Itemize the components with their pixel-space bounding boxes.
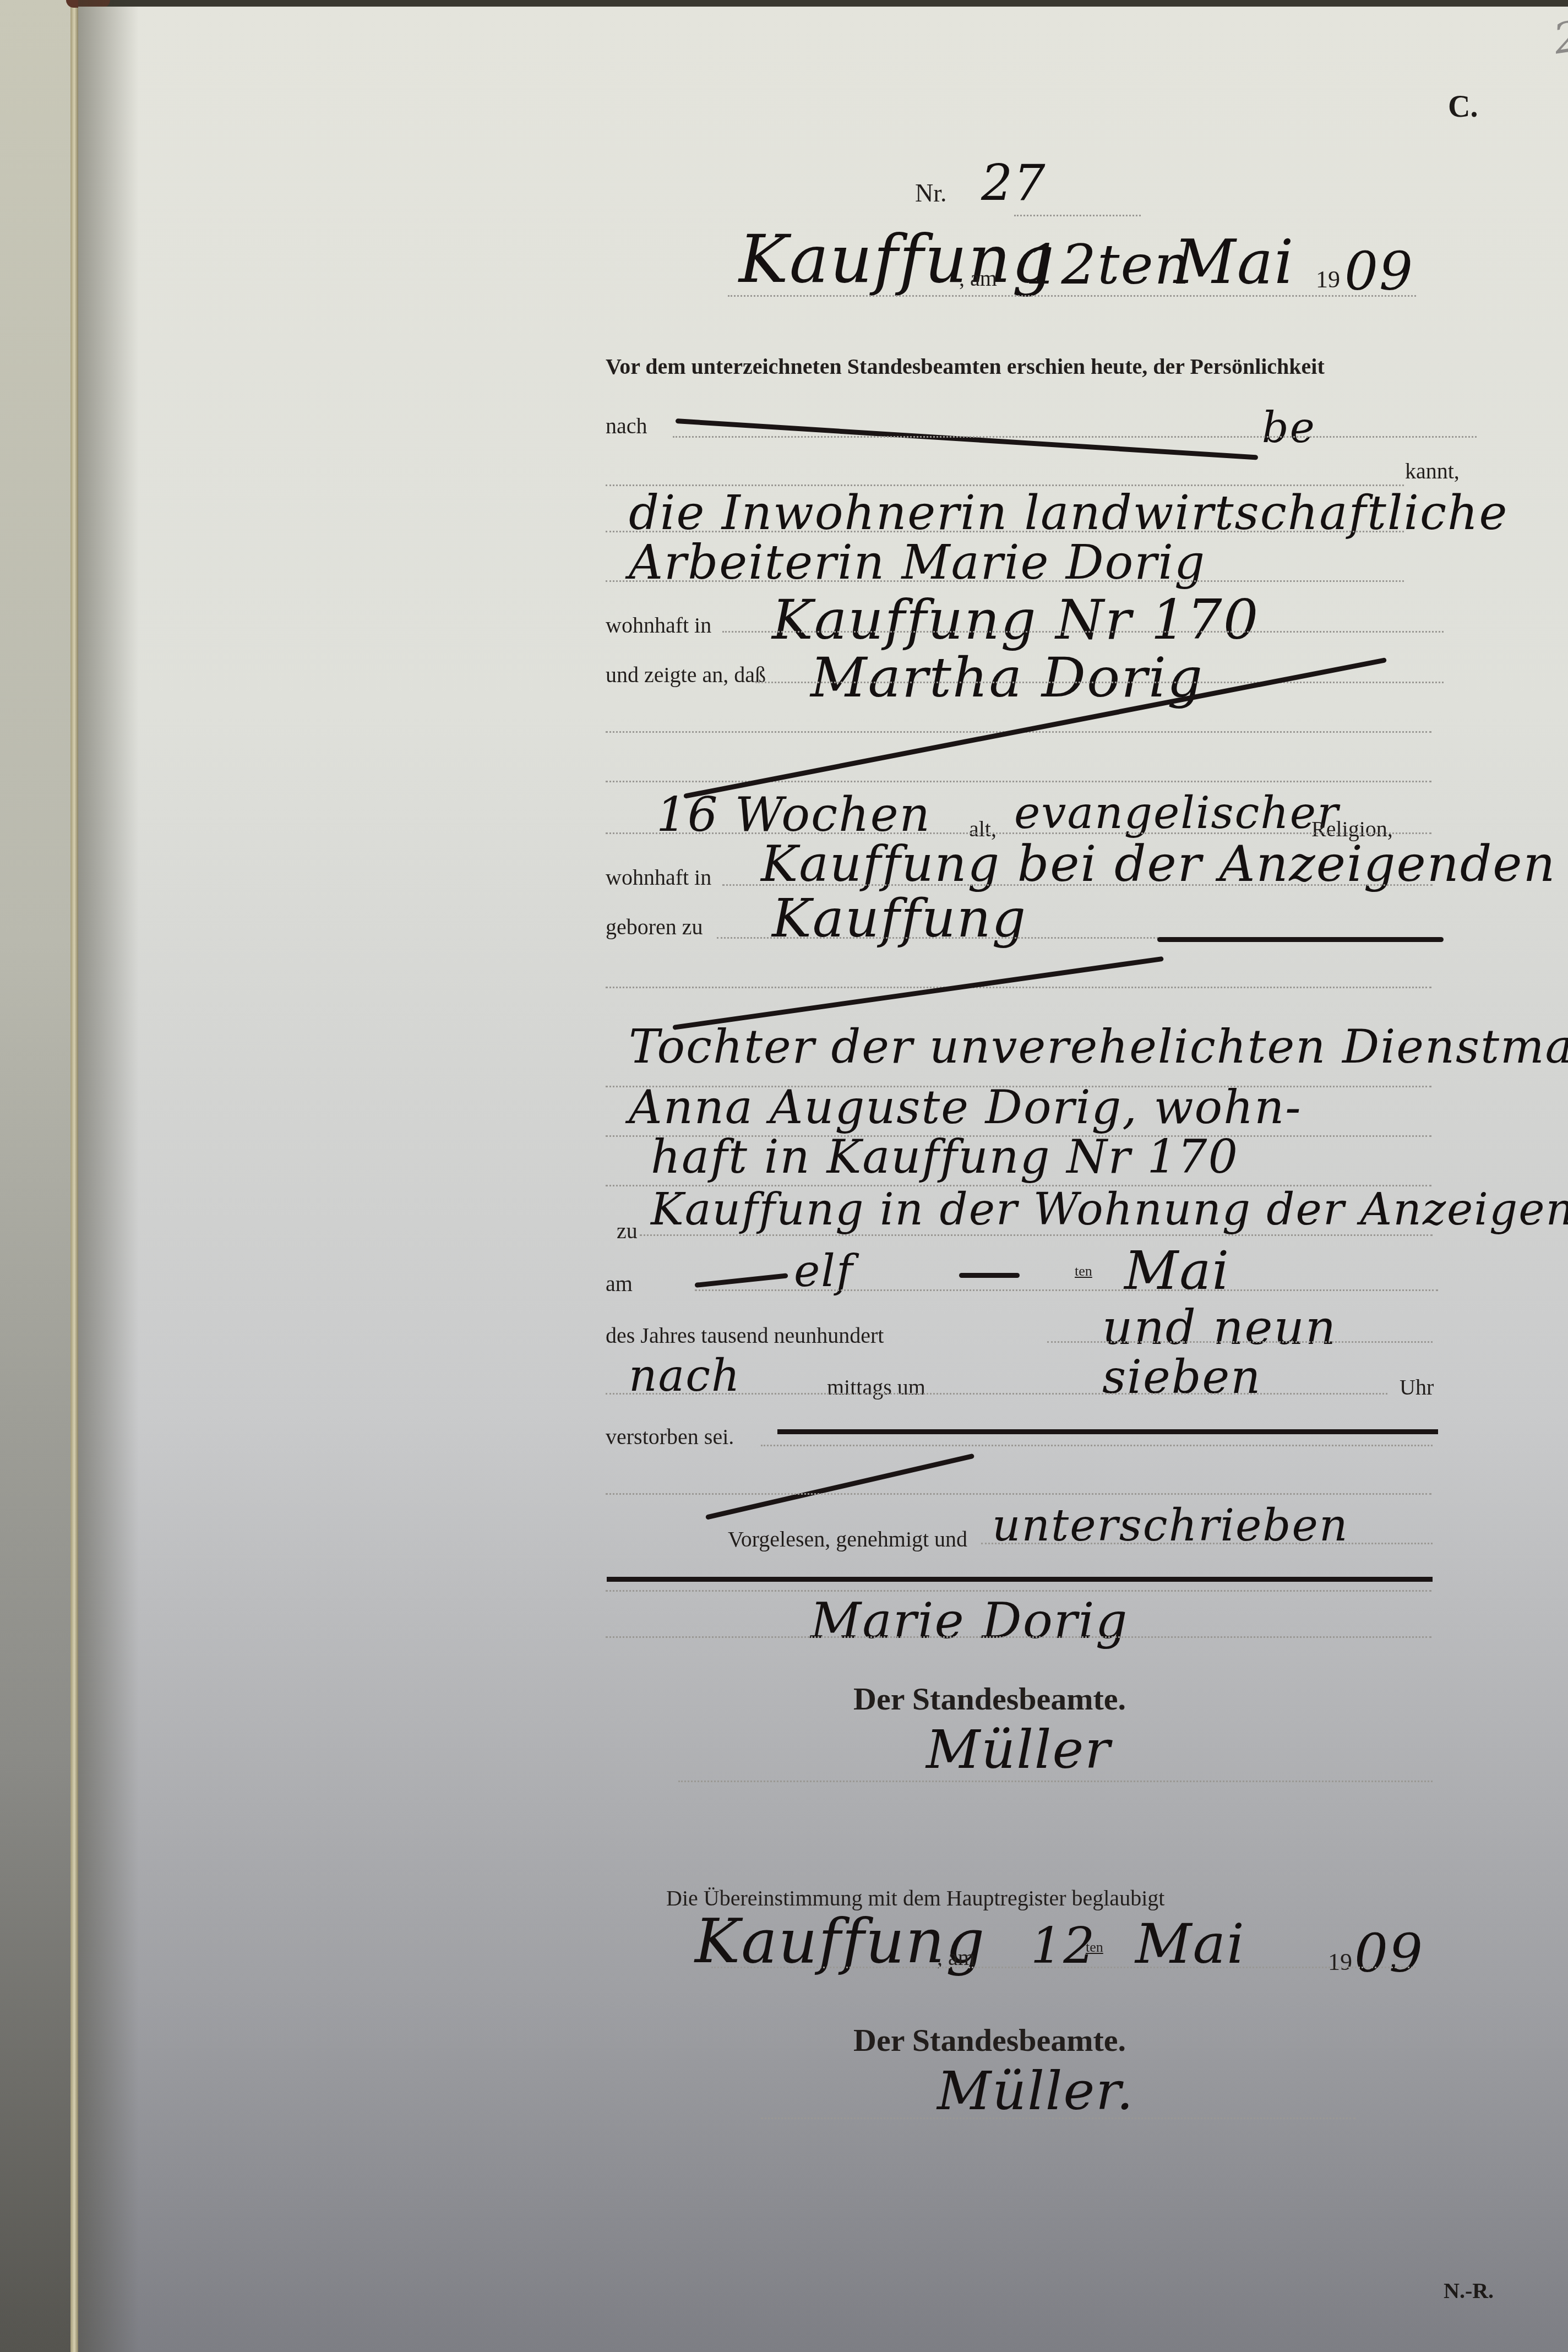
dotted-line [678, 1781, 1433, 1782]
dotted-line [755, 682, 1444, 683]
nr-label: Nr. [915, 178, 947, 208]
cancellation-stroke [676, 418, 1258, 460]
dotted-line [722, 884, 1433, 886]
page-number: 29 [1550, 8, 1568, 64]
form-code: C. [1448, 89, 1478, 124]
intro-line: Vor dem unterzeichneten Standesbeamten e… [606, 353, 1325, 379]
death-year-words: und neun [1102, 1300, 1337, 1355]
dotted-line [606, 1393, 1387, 1395]
dotted-line [1014, 215, 1141, 216]
certification-year-prefix: 19 [1328, 1948, 1352, 1976]
header-day: 12ten [1025, 232, 1191, 297]
deceased-religion: evangelischer [1014, 787, 1339, 839]
parents-line-3: haft in Kauffung Nr 170 [651, 1130, 1239, 1184]
certification-year-suffix: 09 [1354, 1923, 1424, 1984]
dotted-line [761, 2117, 1355, 2119]
announce-label: und zeigte an, daß [606, 662, 766, 688]
cancellation-stroke [705, 1453, 974, 1520]
dotted-line [606, 1493, 1431, 1495]
informant-line-1: die Inwohnerin landwirtschaftliche [629, 486, 1508, 541]
death-place-zu-label: zu [617, 1218, 638, 1244]
certification-day-suffix: ten [1086, 1939, 1103, 1956]
header-place: Kauffung [739, 221, 1055, 298]
death-month: Mai [1124, 1240, 1230, 1302]
dotted-line [606, 1636, 1431, 1638]
dotted-line [606, 531, 1404, 532]
nach-label: nach [606, 413, 647, 439]
dotted-line [722, 631, 1444, 633]
header-month: Mai [1174, 227, 1294, 297]
dotted-line [606, 580, 1404, 582]
informant-signature: Marie Dorig [810, 1592, 1128, 1650]
uhr-label: Uhr [1400, 1374, 1434, 1400]
dotted-line [695, 1289, 1438, 1291]
book-gutter [70, 0, 78, 2352]
official-title: Der Standesbeamte. [853, 1680, 1126, 1717]
official-signature: Müller [926, 1719, 1111, 1781]
informant-residence-label: wohnhaft in [606, 612, 711, 638]
header-year-suffix: 09 [1344, 241, 1414, 302]
cancellation-stroke [1157, 937, 1444, 942]
register-page: 29 C. Nr. 27 Kauffung , am 12ten Mai 19 … [78, 7, 1568, 2352]
approval-label: Vorgelesen, genehmigt und [728, 1526, 967, 1552]
death-hour: sieben [1102, 1350, 1261, 1404]
facing-page-edge [0, 0, 74, 2352]
mittags-label: mittags um [827, 1374, 925, 1400]
dotted-line [1047, 1341, 1433, 1343]
certification-official-signature: Müller. [937, 2060, 1134, 2122]
dotted-line [606, 987, 1431, 988]
ten-label: ten [1075, 1263, 1092, 1280]
header-year-prefix: 19 [1316, 265, 1340, 293]
deceased-residence-label: wohnhaft in [606, 864, 711, 890]
dotted-line [606, 781, 1431, 782]
dotted-line [640, 1234, 1433, 1236]
birthplace: Kauffung [772, 888, 1027, 949]
dotted-line [711, 1967, 1416, 1968]
cancellation-stroke [959, 1273, 1020, 1278]
dotted-line [606, 832, 1431, 834]
informant-line-2: Arbeiterin Marie Dorig [629, 535, 1206, 590]
cancellation-stroke [695, 1273, 788, 1288]
closing-label: verstorben sei. [606, 1424, 734, 1450]
dotted-line [981, 1543, 1433, 1544]
header-am-label: , am [959, 265, 997, 291]
certification-official-title: Der Standesbeamte. [853, 2022, 1126, 2059]
birth-label: geboren zu [606, 914, 703, 940]
entry-number: 27 [981, 154, 1047, 212]
death-place: Kauffung in der Wohnung der Anzeigenden [651, 1184, 1568, 1235]
deceased-age: 16 Wochen [656, 787, 931, 842]
dotted-line [728, 295, 1416, 297]
deceased-name: Martha Dorig [810, 645, 1204, 710]
cancellation-stroke [672, 956, 1163, 1030]
informant-residence: Kauffung Nr 170 [772, 587, 1259, 652]
year-label: des Jahres tausend neunhundert [606, 1322, 884, 1348]
kannt-label: kannt, [1405, 458, 1460, 484]
death-am-label: am [606, 1271, 633, 1297]
parents-line-1: Tochter der unverehelichten Dienstmagd [629, 1020, 1568, 1074]
parents-line-2: Anna Auguste Dorig, wohn- [629, 1080, 1302, 1134]
footer-mark: N.-R. [1444, 2278, 1494, 2304]
cancellation-rule [777, 1429, 1438, 1434]
signature-rule [607, 1577, 1433, 1582]
dotted-line [673, 436, 1477, 438]
be-prefix: be [1262, 403, 1316, 452]
dotted-line [761, 1445, 1433, 1446]
dotted-line [606, 1590, 1431, 1592]
